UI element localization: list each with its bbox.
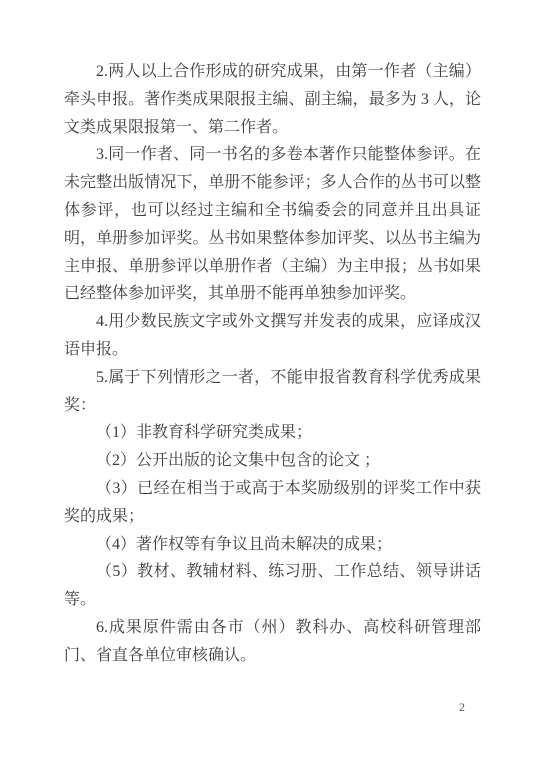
paragraph-5-item-5: （5）教材、教辅材料、练习册、工作总结、领导讲话等。 (64, 558, 481, 614)
page-number: 2 (452, 700, 472, 715)
document-body: 2.两人以上合作形成的研究成果，由第一作者（主编）牵头申报。著作类成果限报主编、… (64, 58, 481, 670)
paragraph-2: 2.两人以上合作形成的研究成果，由第一作者（主编）牵头申报。著作类成果限报主编、… (64, 58, 481, 141)
paragraph-5-item-1: （1）非教育科学研究类成果； (64, 419, 481, 447)
paragraph-5-item-3: （3）已经在相当于或高于本奖励级别的评奖工作中获奖的成果； (64, 475, 481, 531)
paragraph-5-item-2: （2）公开出版的论文集中包含的论文 ； (64, 447, 481, 475)
paragraph-3: 3.同一作者、同一书名的多卷本著作只能整体参评。在未完整出版情况下，单册不能参评… (64, 141, 481, 308)
document-page: 2.两人以上合作形成的研究成果，由第一作者（主编）牵头申报。著作类成果限报主编、… (0, 0, 543, 768)
paragraph-5: 5.属于下列情形之一者，不能申报省教育科学优秀成果奖： (64, 364, 481, 420)
paragraph-6: 6.成果原件需由各市（州）教科办、高校科研管理部门、省直各单位审核确认。 (64, 614, 481, 670)
paragraph-4: 4.用少数民族文字或外文撰写并发表的成果，应译成汉语申报。 (64, 308, 481, 364)
paragraph-5-item-4: （4）著作权等有争议且尚未解决的成果； (64, 531, 481, 559)
